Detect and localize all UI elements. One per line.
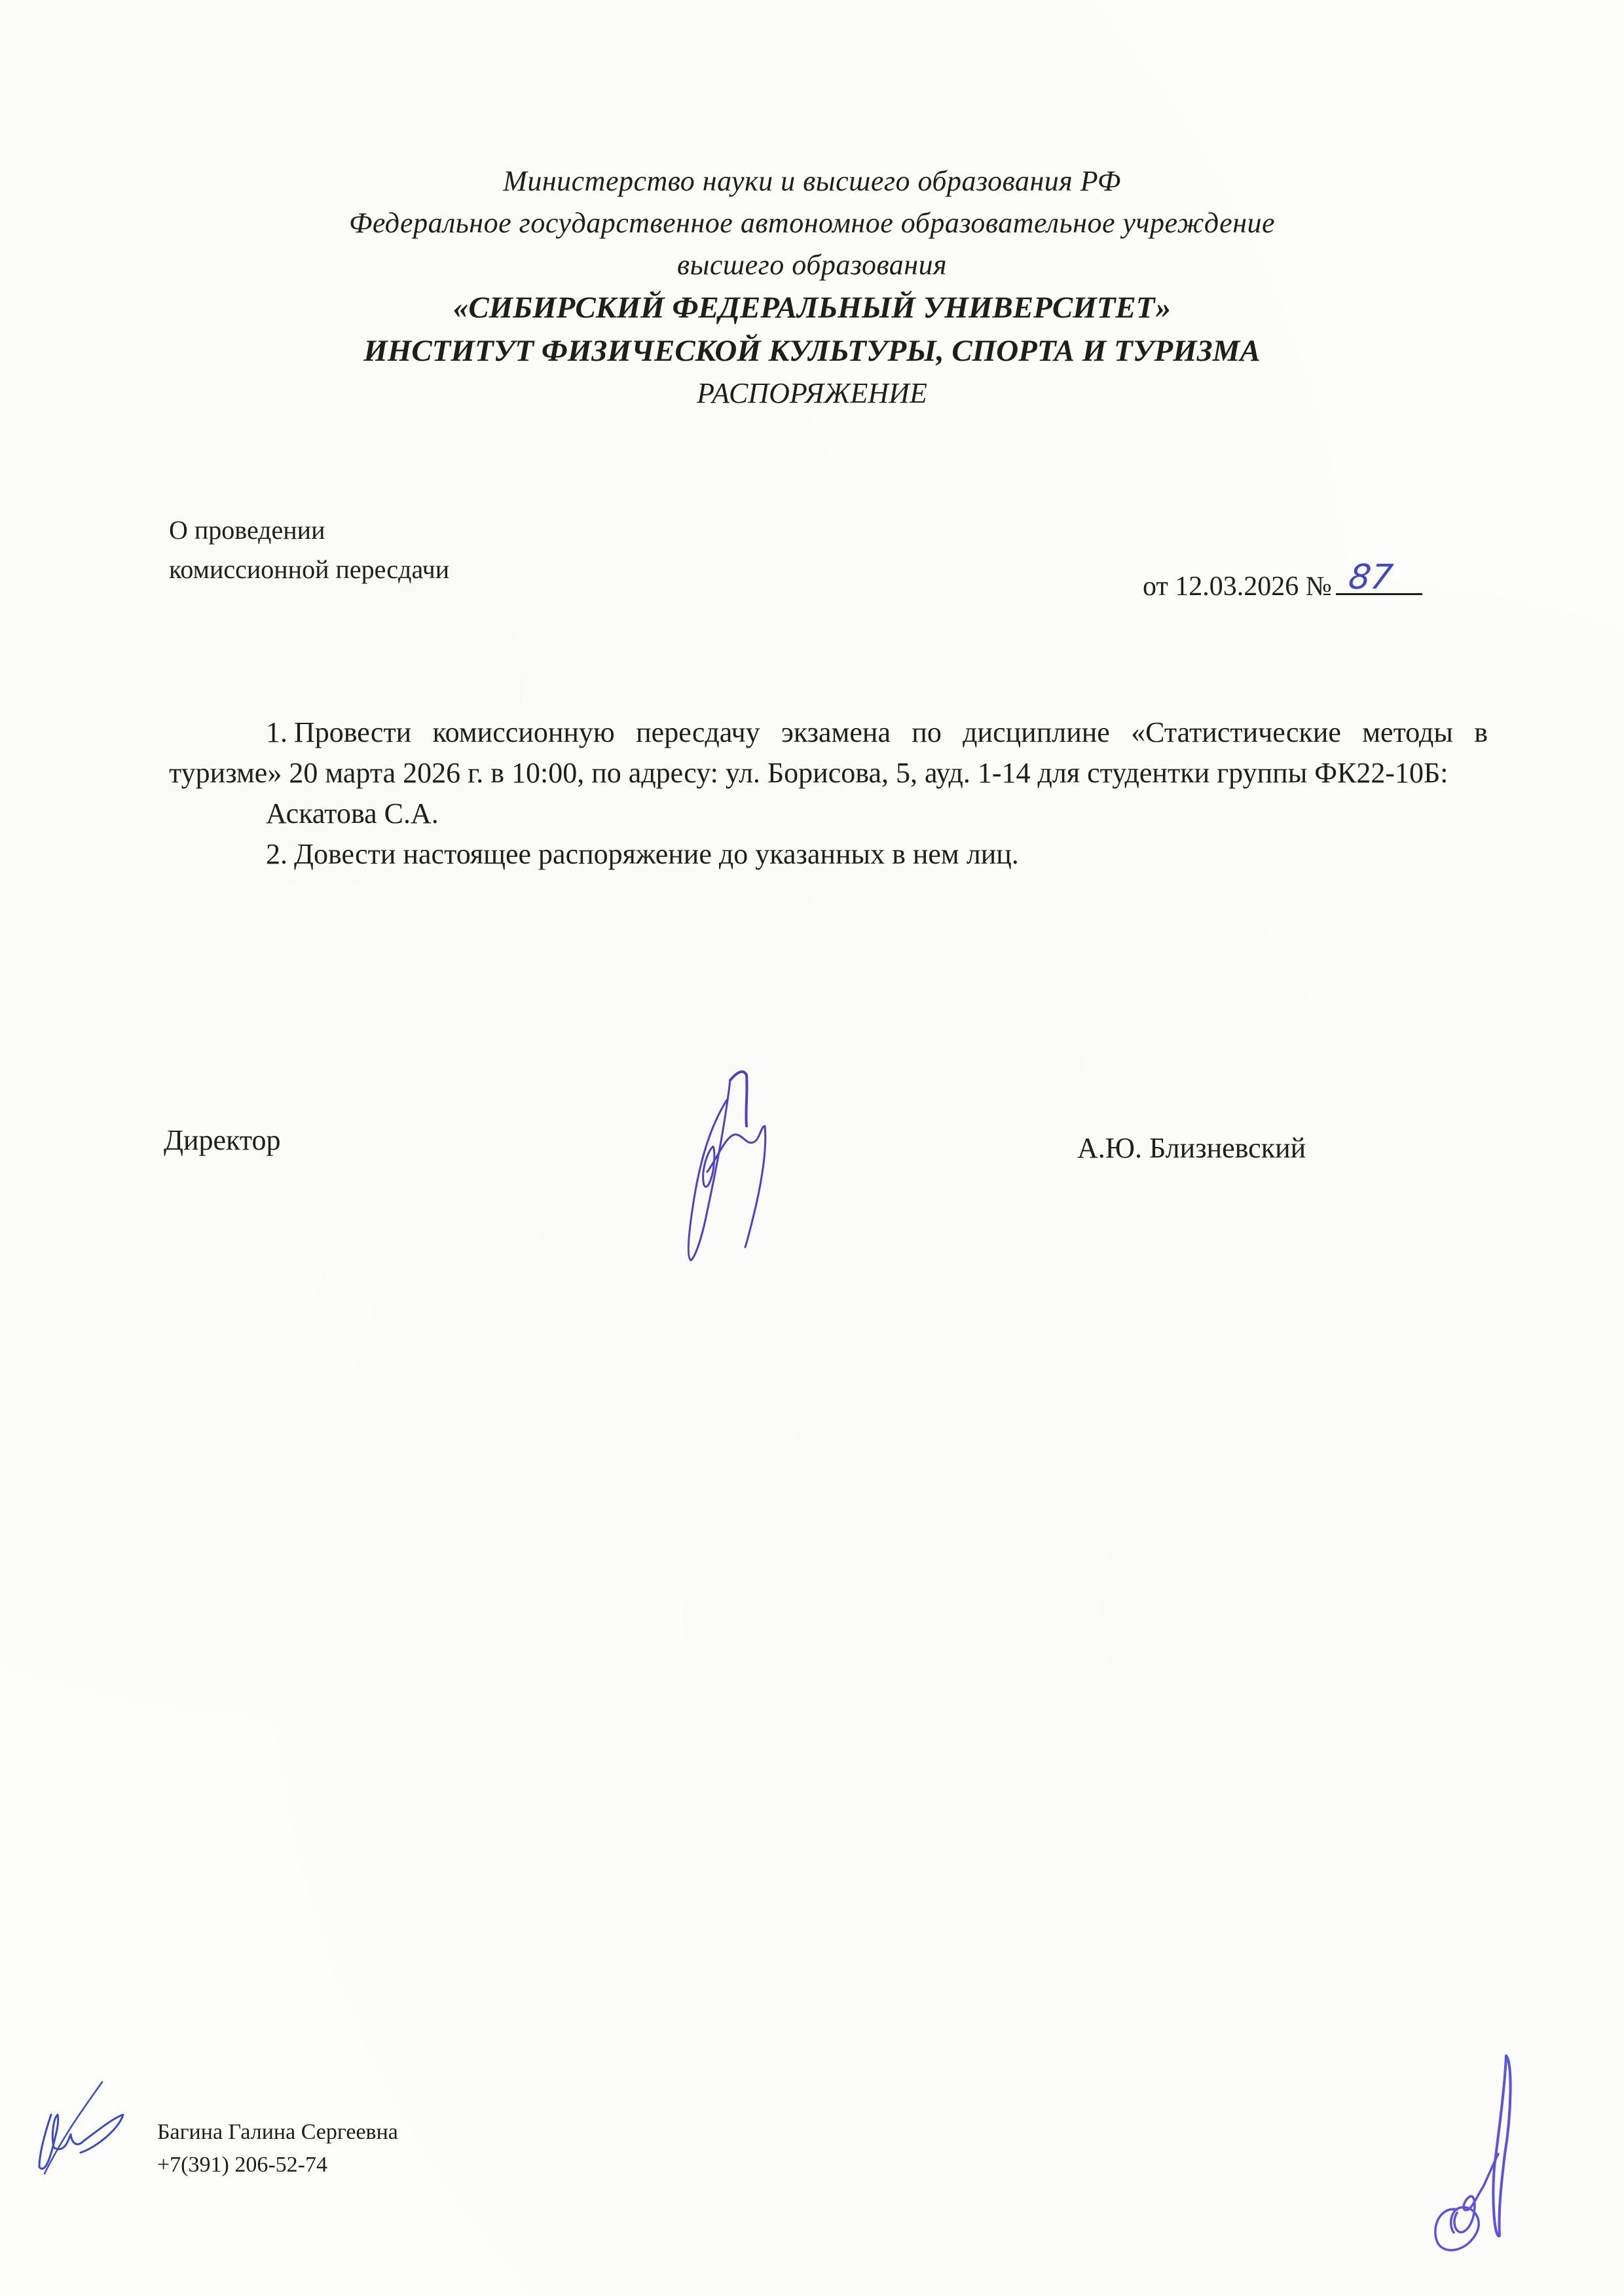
recipient-name: Аскатова С.А. xyxy=(169,793,1488,834)
institute-name: ИНСТИТУТ ФИЗИЧЕСКОЙ КУЛЬТУРЫ, СПОРТА И Т… xyxy=(0,329,1624,373)
education-level: высшего образования xyxy=(0,244,1624,286)
executor-phone: +7(391) 206-52-74 xyxy=(157,2149,398,2181)
order-number-field: 87 xyxy=(1336,562,1422,595)
executor-signature-icon xyxy=(31,2075,156,2180)
subject-line-2: комиссионной пересдачи xyxy=(169,550,449,589)
document-subject: О проведении комиссионной пересдачи xyxy=(169,511,449,589)
order-item-2: 2.Довести настоящее распоряжение до указ… xyxy=(169,834,1488,875)
ministry-name: Министерство науки и высшего образования… xyxy=(0,160,1624,202)
item-text: Довести настоящее распоряжение до указан… xyxy=(294,838,1019,870)
institution-type: Федеральное государственное автономное о… xyxy=(0,202,1624,244)
document-type: РАСПОРЯЖЕНИЕ xyxy=(0,373,1624,414)
order-number-handwritten: 87 xyxy=(1346,558,1395,597)
director-signature-icon xyxy=(655,1061,825,1270)
executor-contact: Багина Галина Сергеевна +7(391) 206-52-7… xyxy=(157,2116,398,2181)
approver-signature-icon xyxy=(1421,2036,1539,2259)
subject-line-1: О проведении xyxy=(169,511,449,550)
item-text: Провести комиссионную пересдачу экзамена… xyxy=(169,716,1488,789)
order-body: 1.Провести комиссионную пересдачу экзаме… xyxy=(169,712,1488,875)
item-number: 1. xyxy=(266,716,287,748)
signatory-position: Директор xyxy=(164,1121,281,1160)
order-date: от 12.03.2026 № xyxy=(1143,572,1332,602)
signatory-name: А.Ю. Близневский xyxy=(1077,1129,1306,1168)
document-page: Министерство науки и высшего образования… xyxy=(0,0,1624,2296)
item-number: 2. xyxy=(266,838,287,870)
order-date-number: от 12.03.2026 №87 xyxy=(1143,562,1422,606)
university-name: «СИБИРСКИЙ ФЕДЕРАЛЬНЫЙ УНИВЕРСИТЕТ» xyxy=(0,286,1624,329)
order-item-1: 1.Провести комиссионную пересдачу экзаме… xyxy=(169,712,1488,793)
executor-name: Багина Галина Сергеевна xyxy=(157,2116,398,2149)
letterhead: Министерство науки и высшего образования… xyxy=(0,160,1624,414)
